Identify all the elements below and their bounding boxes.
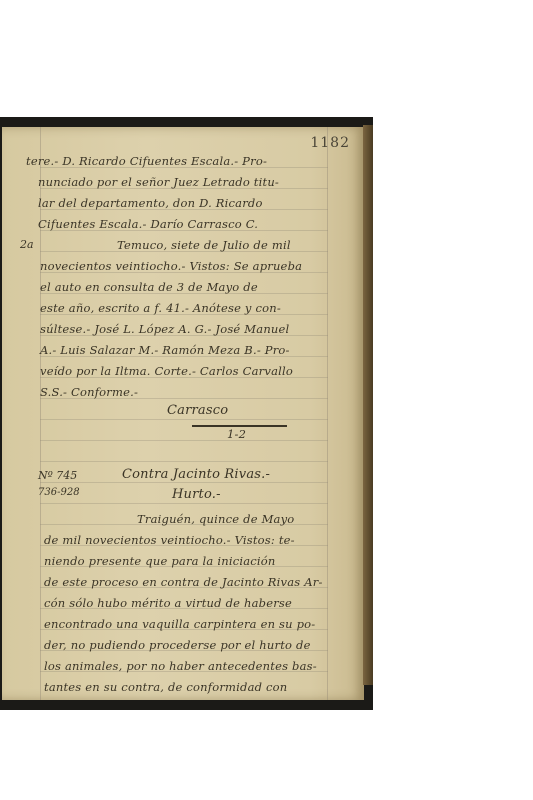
ruled-line — [40, 461, 328, 462]
right-margin-rule — [327, 127, 328, 700]
text-line: Cifuentes Escala.- Darío Carrasco C. — [38, 217, 258, 231]
text-line: Traiguén, quince de Mayo — [137, 512, 294, 526]
text-line: lar del departamento, don D. Ricardo — [38, 196, 263, 210]
ruled-line — [40, 440, 328, 441]
text-line: los animales, por no haber antecedentes … — [44, 659, 317, 673]
signature-sub: 1-2 — [227, 427, 246, 441]
text-line: este año, escrito a f. 41.- Anótese y co… — [40, 301, 281, 315]
case-number: Nº 745 — [38, 469, 77, 482]
page-number: 1182 — [310, 135, 350, 151]
text-line: súltese.- José L. López A. G.- José Manu… — [40, 322, 289, 336]
text-line: tantes en su contra, de conformidad con — [44, 680, 287, 694]
text-line: el auto en consulta de 3 de Mayo de — [40, 280, 258, 294]
case-title: Contra Jacinto Rivas.- — [122, 467, 270, 482]
text-line: de mil novecientos veintiocho.- Vistos: … — [44, 533, 295, 547]
text-line: cón sólo hubo mérito a virtud de haberse — [44, 596, 292, 610]
page-edge — [363, 125, 373, 685]
text-line: der, no pudiendo procederse por el hurto… — [44, 638, 311, 652]
text-line: tere.- D. Ricardo Cifuentes Escala.- Pro… — [26, 154, 267, 168]
text-line: Temuco, siete de Julio de mil — [117, 238, 291, 252]
text-line: novecientos veintiocho.- Vistos: Se apru… — [40, 259, 302, 273]
text-line: veído por la Iltma. Corte.- Carlos Carva… — [40, 364, 293, 378]
text-line: de este proceso en contra de Jacinto Riv… — [44, 575, 323, 589]
left-margin-rule — [40, 127, 41, 700]
case-subtitle: Hurto.- — [172, 487, 221, 502]
text-line: S.S.- Conforme.- — [40, 385, 138, 399]
ruled-line — [40, 482, 328, 483]
text-line: encontrado una vaquilla carpintera en su… — [44, 617, 315, 631]
ruled-line — [40, 503, 328, 504]
text-line: niendo presente que para la iniciación — [44, 554, 276, 568]
ledger-page: 1182 tere.- D. Ricardo Cifuentes Escala.… — [2, 127, 364, 700]
document-scan: 1182 tere.- D. Ricardo Cifuentes Escala.… — [0, 117, 373, 710]
signature: Carrasco — [167, 403, 228, 418]
text-line: A.- Luis Salazar M.- Ramón Meza B.- Pro- — [40, 343, 290, 357]
case-folio: 736-928 — [38, 487, 80, 498]
ruled-line — [40, 419, 328, 420]
text-line: nunciado por el señor Juez Letrado titu- — [38, 175, 279, 189]
entry-margin-label: 2a — [20, 238, 34, 251]
